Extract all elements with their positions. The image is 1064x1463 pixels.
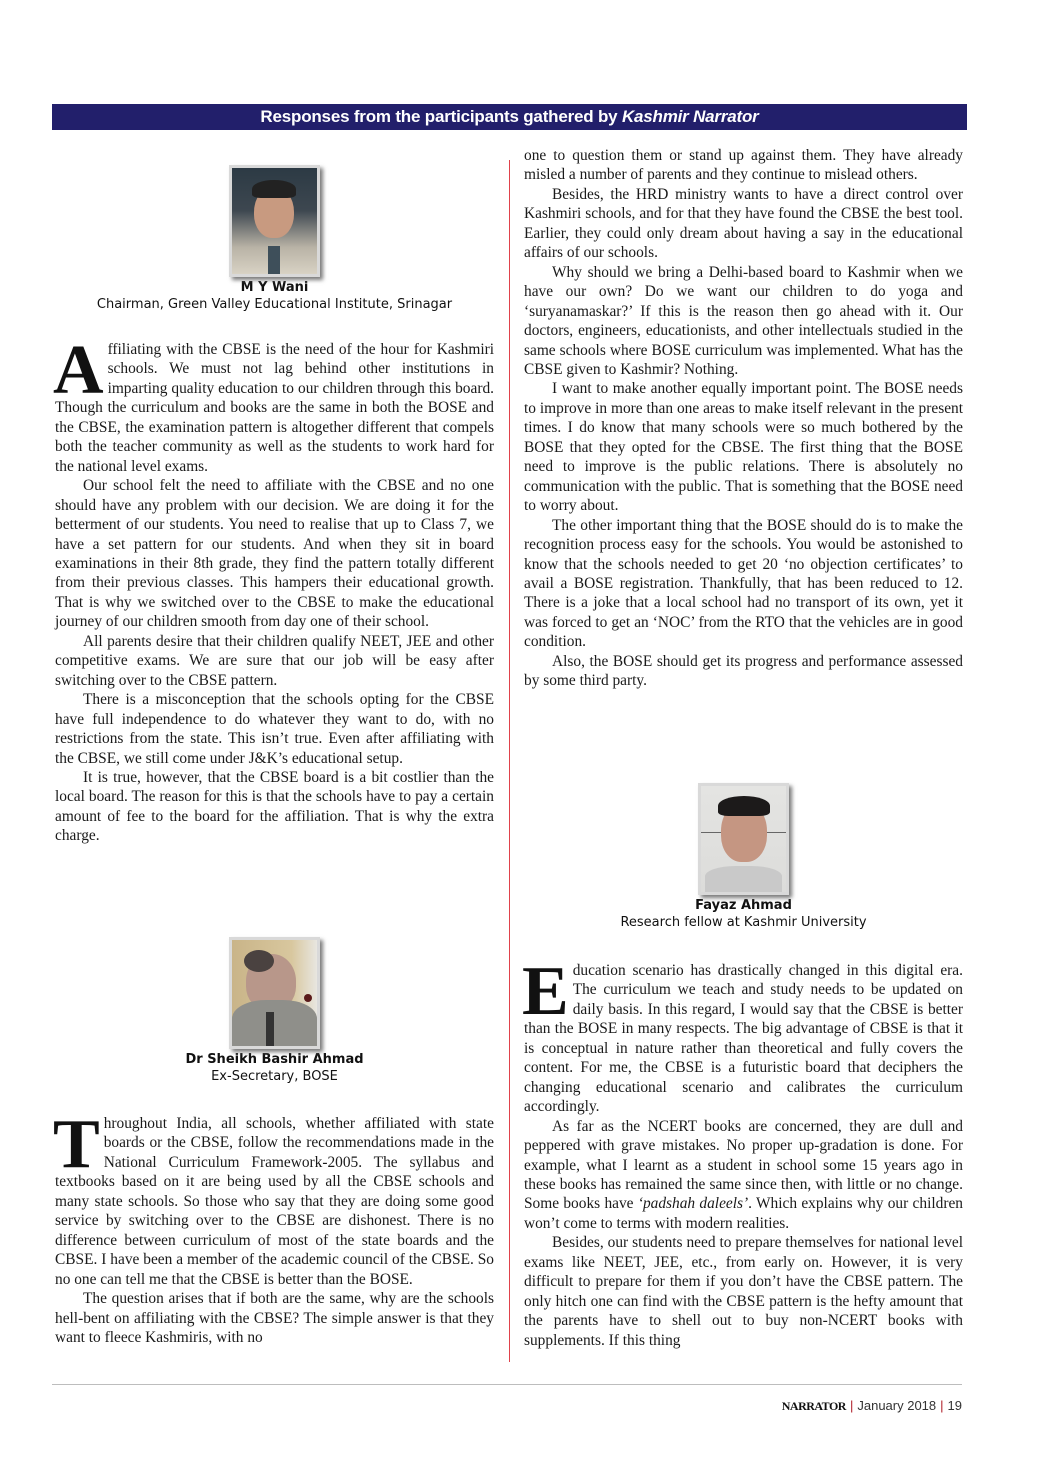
paragraph: Why should we bring a Delhi-based board … xyxy=(524,263,963,380)
portrait-photo xyxy=(698,783,789,895)
banner-publication: Kashmir Narrator xyxy=(622,107,759,126)
publication-logo: NARRATOR xyxy=(782,1399,846,1413)
page-footer: NARRATOR|January 2018|19 xyxy=(782,1398,962,1414)
paragraph: Education scenario has drastically chang… xyxy=(524,961,963,1117)
paragraph: Affiliating with the CBSE is the need of… xyxy=(55,340,494,476)
issue-date: January 2018 xyxy=(857,1398,936,1413)
paragraph: The question arises that if both are the… xyxy=(55,1289,494,1347)
article-bashir: Throughout India, all schools, whether a… xyxy=(55,1114,494,1347)
section-banner: Responses from the participants gathered… xyxy=(52,104,967,130)
footer-divider xyxy=(52,1384,962,1385)
paragraph: one to question them or stand up against… xyxy=(524,146,963,185)
drop-cap: A xyxy=(53,344,104,398)
profile-role: Ex-Secretary, BOSE xyxy=(55,1068,494,1085)
paragraph: It is true, however, that the CBSE board… xyxy=(55,768,494,846)
profile-name: Fayaz Ahmad xyxy=(524,898,963,914)
article-bashir-continued: one to question them or stand up against… xyxy=(524,146,963,691)
profile-role: Chairman, Green Valley Educational Insti… xyxy=(55,296,494,313)
banner-title: Responses from the participants gathered… xyxy=(260,107,617,126)
drop-cap: T xyxy=(53,1118,100,1172)
paragraph: Also, the BOSE should get its progress a… xyxy=(524,652,963,691)
paragraph: There is a misconception that the school… xyxy=(55,690,494,768)
portrait-photo xyxy=(229,937,320,1049)
paragraph: As far as the NCERT books are concerned,… xyxy=(524,1117,963,1234)
paragraph: All parents desire that their children q… xyxy=(55,632,494,690)
article-fayaz: Education scenario has drastically chang… xyxy=(524,961,963,1350)
separator: | xyxy=(940,1398,943,1413)
italic-phrase: ‘pad­shah daleels’ xyxy=(638,1195,748,1212)
paragraph: The other important thing that the BOSE … xyxy=(524,516,963,652)
paragraph: Our school felt the need to affiliate wi… xyxy=(55,476,494,632)
paragraph: Throughout India, all schools, whether a… xyxy=(55,1114,494,1289)
paragraph: I want to make another equally important… xyxy=(524,379,963,515)
drop-cap: E xyxy=(522,965,569,1019)
profile-wani: M Y Wani Chairman, Green Valley Educatio… xyxy=(55,165,494,313)
portrait-photo xyxy=(229,165,320,277)
profile-name: Dr Sheikh Bashir Ahmad xyxy=(55,1052,494,1068)
separator: | xyxy=(850,1398,853,1413)
paragraph: Besides, our students need to prepare th… xyxy=(524,1233,963,1350)
profile-role: Research fellow at Kashmir University xyxy=(524,914,963,931)
page-number: 19 xyxy=(948,1398,962,1413)
article-wani: Affiliating with the CBSE is the need of… xyxy=(55,340,494,846)
paragraph: Besides, the HRD ministry wants to have … xyxy=(524,185,963,263)
column-divider xyxy=(509,160,510,1362)
profile-fayaz: Fayaz Ahmad Research fellow at Kashmir U… xyxy=(524,783,963,931)
profile-name: M Y Wani xyxy=(55,280,494,296)
profile-bashir: Dr Sheikh Bashir Ahmad Ex-Secretary, BOS… xyxy=(55,937,494,1085)
